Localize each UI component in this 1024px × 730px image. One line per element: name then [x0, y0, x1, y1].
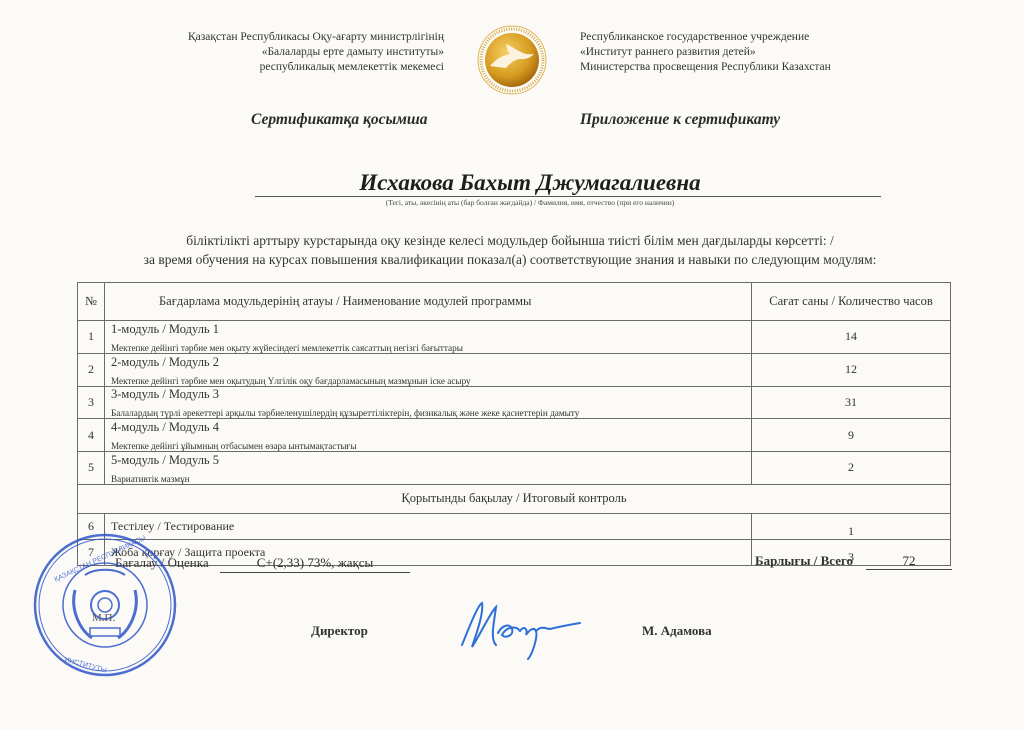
module-cell: 4-модуль / Модуль 4Мектепке дейінгі ұйым…: [105, 419, 752, 452]
col-header-name: Бағдарлама модульдерінің атауы / Наимено…: [105, 283, 752, 321]
name-underline: [255, 196, 881, 197]
col-header-hours: Сағат саны / Количество часов: [752, 283, 951, 321]
official-seal-icon: ҚАЗАҚСТАН РЕСПУБЛИКАСЫ ИНСТИТУТЫ: [30, 530, 180, 680]
director-title: Директор: [311, 623, 368, 639]
issuer-kz-line: «Балаларды ерте дамыту институты»: [150, 45, 444, 60]
module-cell: 3-модуль / Модуль 3Балалардың түрлі әрек…: [105, 386, 752, 419]
module-description: Мектепке дейінгі ұйымның отбасымен өзара…: [111, 435, 611, 451]
svg-text:ҚАЗАҚСТАН РЕСПУБЛИКАСЫ: ҚАЗАҚСТАН РЕСПУБЛИКАСЫ: [53, 535, 147, 584]
module-hours: 31: [752, 386, 951, 419]
control-row: 6Тестілеу / Тестирование1: [78, 513, 951, 539]
issuer-ru-line: Министерства просвещения Республики Каза…: [580, 60, 880, 75]
title-kz: Сертификатқа қосымша: [251, 111, 428, 129]
module-description: Мектепке дейінгі тәрбие мен оқыту жүйесі…: [111, 337, 611, 353]
control-section-title: Қорытынды бақылау / Итоговый контроль: [78, 484, 951, 513]
module-description: Мектепке дейінгі тәрбие мен оқытудың Үлг…: [111, 370, 611, 386]
module-hours: 14: [752, 321, 951, 354]
module-label: 2-модуль / Модуль 2: [111, 355, 263, 370]
module-row: 44-модуль / Модуль 4Мектепке дейінгі ұйы…: [78, 419, 951, 452]
module-row: 55-модуль / Модуль 5Вариативтік мазмұн2: [78, 452, 951, 485]
module-description: Вариативтік мазмұн: [111, 468, 611, 484]
stamp-mark: М.П.: [92, 612, 115, 624]
module-row: 33-модуль / Модуль 3Балалардың түрлі әре…: [78, 386, 951, 419]
module-num: 3: [78, 386, 105, 419]
col-header-num: №: [78, 283, 105, 321]
module-hours: 2: [752, 452, 951, 485]
module-num: 4: [78, 419, 105, 452]
modules-table: № Бағдарлама модульдерінің атауы / Наиме…: [77, 282, 951, 566]
control-section-row: Қорытынды бақылау / Итоговый контроль: [78, 484, 951, 513]
director-name: М. Адамова: [642, 623, 712, 639]
module-label: 4-модуль / Модуль 4: [111, 420, 263, 435]
module-num: 1: [78, 321, 105, 354]
module-cell: 1-модуль / Модуль 1Мектепке дейінгі тәрб…: [105, 321, 752, 354]
module-row: 11-модуль / Модуль 1Мектепке дейінгі тәр…: [78, 321, 951, 354]
issuer-ru-line: «Институт раннего развития детей»: [580, 45, 880, 60]
recipient-name: Исхакова Бахыт Джумагалиевна: [240, 170, 820, 196]
intro-kz: біліктілікті арттыру курстарында оқу кез…: [60, 233, 960, 249]
issuer-ru-line: Республиканское государственное учрежден…: [580, 30, 880, 45]
module-hours: 12: [752, 353, 951, 386]
intro-ru: за время обучения на курсах повышения кв…: [60, 252, 960, 268]
module-label: 1-модуль / Модуль 1: [111, 322, 263, 337]
total-label: Барлығы / Всего: [755, 553, 853, 569]
grade-value: C+(2,33) 73%, жақсы: [220, 555, 410, 573]
module-hours: 9: [752, 419, 951, 452]
issuer-kz-line: Қазақстан Республикасы Оқу-ағарту минист…: [150, 30, 444, 45]
hands-emblem-icon: [476, 24, 548, 96]
module-label: 5-модуль / Модуль 5: [111, 453, 263, 468]
module-cell: 5-модуль / Модуль 5Вариативтік мазмұн: [105, 452, 752, 485]
signature-icon: [450, 595, 590, 665]
name-caption: (Тегі, аты, әкесінің аты (бар болған жағ…: [240, 198, 820, 207]
module-num: 5: [78, 452, 105, 485]
issuer-kz-line: республикалық мемлекеттік мекемесі: [150, 60, 444, 75]
total-value: 72: [866, 553, 952, 570]
issuer-kz: Қазақстан Республикасы Оқу-ағарту минист…: [150, 30, 444, 75]
module-description: Балалардың түрлі әрекеттері арқылы тәрби…: [111, 402, 611, 418]
module-cell: 2-модуль / Модуль 2Мектепке дейінгі тәрб…: [105, 353, 752, 386]
module-label: 3-модуль / Модуль 3: [111, 387, 263, 402]
control-label: Тестілеу / Тестирование: [105, 513, 752, 539]
issuer-ru: Республиканское государственное учрежден…: [580, 30, 880, 75]
title-ru: Приложение к сертификату: [580, 111, 780, 129]
module-num: 2: [78, 353, 105, 386]
module-row: 22-модуль / Модуль 2Мектепке дейінгі тәр…: [78, 353, 951, 386]
table-header-row: № Бағдарлама модульдерінің атауы / Наиме…: [78, 283, 951, 321]
control-hours: 1: [752, 513, 951, 539]
